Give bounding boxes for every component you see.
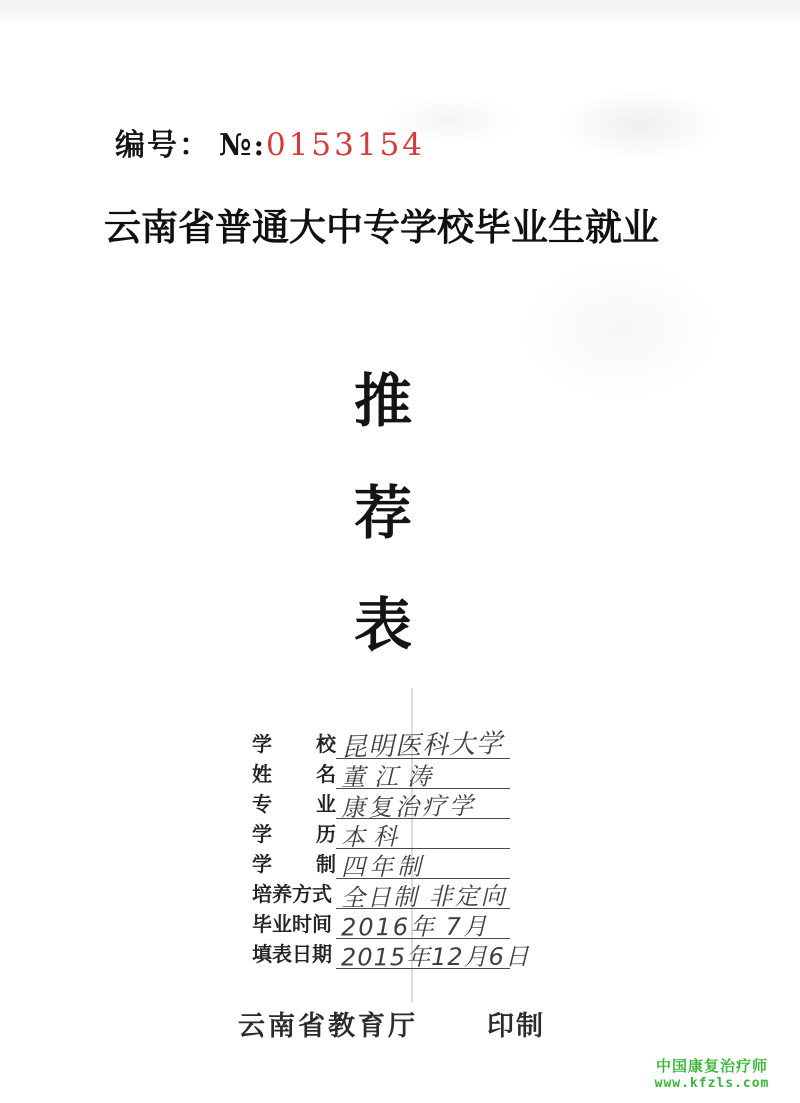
- row-label: 毕业时间: [252, 912, 336, 939]
- row-underline: 董江涛: [336, 758, 510, 789]
- form-row-fill-date: 填表日期 2015年12月6日: [252, 939, 510, 969]
- serial-number-value: 0153154: [266, 127, 425, 163]
- scanned-document-page: 编号： № : 0153154 云南省普通大中专学校毕业生就业 推 荐 表 学校…: [0, 0, 800, 1103]
- row-label: 学校: [252, 732, 336, 759]
- footer-printed-label: 印制: [487, 1004, 545, 1043]
- row-underline: 2016年 7月: [336, 908, 510, 939]
- serial-number-line: 编号： № : 0153154: [115, 120, 425, 160]
- row-label: 姓名: [252, 762, 336, 789]
- form-row-degree: 学历 本科: [252, 819, 510, 849]
- form-row-name: 姓名 董江涛: [252, 759, 510, 789]
- vertical-title-char: 推: [354, 372, 412, 430]
- row-underline: 昆明医科大学: [336, 728, 510, 759]
- row-underline: 全日制 非定向: [336, 878, 510, 909]
- watermark-site-name: 中国康复治疗师: [632, 1058, 792, 1076]
- watermark-site-url: www.kfzls.com: [632, 1076, 792, 1092]
- scan-artifact-band: [0, 0, 800, 26]
- row-underline: 本科: [336, 818, 510, 849]
- site-watermark: 中国康复治疗师 www.kfzls.com: [632, 1058, 792, 1092]
- cover-form: 学校 昆明医科大学 姓名 董江涛 专业 康复治疗学 学历 本科 学制: [252, 729, 510, 969]
- numero-sign: №: [219, 128, 252, 163]
- form-row-major: 专业 康复治疗学: [252, 789, 510, 819]
- row-label: 填表日期: [252, 942, 336, 969]
- vertical-title-char: 表: [354, 596, 412, 654]
- form-row-duration: 学制 四年制: [252, 849, 510, 879]
- handwritten-value: 2015年12月6日: [341, 937, 530, 973]
- row-underline: 2015年12月6日: [336, 938, 510, 969]
- row-label: 专业: [252, 792, 336, 819]
- footer-issuer: 云南省教育厅: [238, 1004, 418, 1043]
- form-row-school: 学校 昆明医科大学: [252, 729, 510, 759]
- document-title: 云南省普通大中专学校毕业生就业: [104, 197, 664, 251]
- row-label: 学历: [252, 822, 336, 849]
- scan-smudge: [560, 90, 720, 160]
- row-label: 培养方式: [252, 882, 336, 909]
- serial-label: 编号：: [115, 120, 211, 164]
- row-label: 学制: [252, 852, 336, 879]
- serial-separator: :: [254, 129, 264, 162]
- row-underline: 康复治疗学: [336, 788, 510, 819]
- form-row-graduation-date: 毕业时间 2016年 7月: [252, 909, 510, 939]
- scan-smudge: [520, 260, 720, 400]
- form-row-training-mode: 培养方式 全日制 非定向: [252, 879, 510, 909]
- row-underline: 四年制: [336, 848, 510, 879]
- vertical-title: 推 荐 表: [354, 372, 412, 654]
- vertical-title-char: 荐: [354, 484, 412, 542]
